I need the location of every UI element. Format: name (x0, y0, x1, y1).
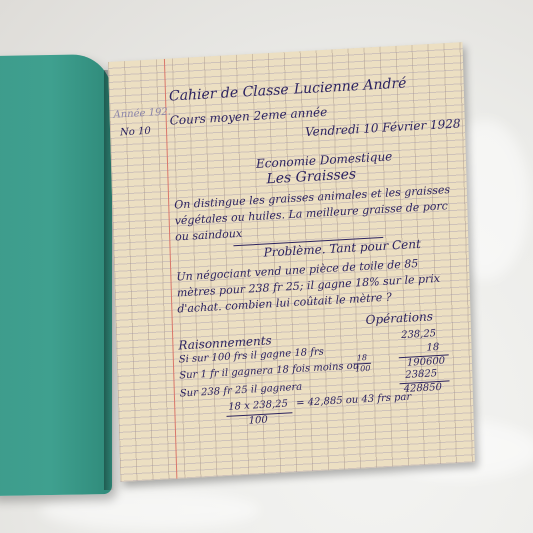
notebook-page: Année 192. No 10 Cahier de Classe Lucien… (108, 42, 475, 482)
cloth-highlight (40, 490, 260, 530)
op-partial-2: 23825 (405, 368, 437, 381)
notebook-cover (0, 54, 112, 496)
op-multiplicand: 238,25 (401, 328, 436, 341)
fraction-denominator: 100 (355, 364, 371, 374)
op-total: 428850 (404, 382, 442, 395)
op-partial-1: 190600 (407, 356, 445, 369)
margin-number: No 10 (120, 126, 151, 139)
op-multiplier: 18 (426, 342, 439, 354)
fraction-numerator: 18 (357, 353, 367, 363)
calc-denominator: 100 (249, 415, 268, 427)
